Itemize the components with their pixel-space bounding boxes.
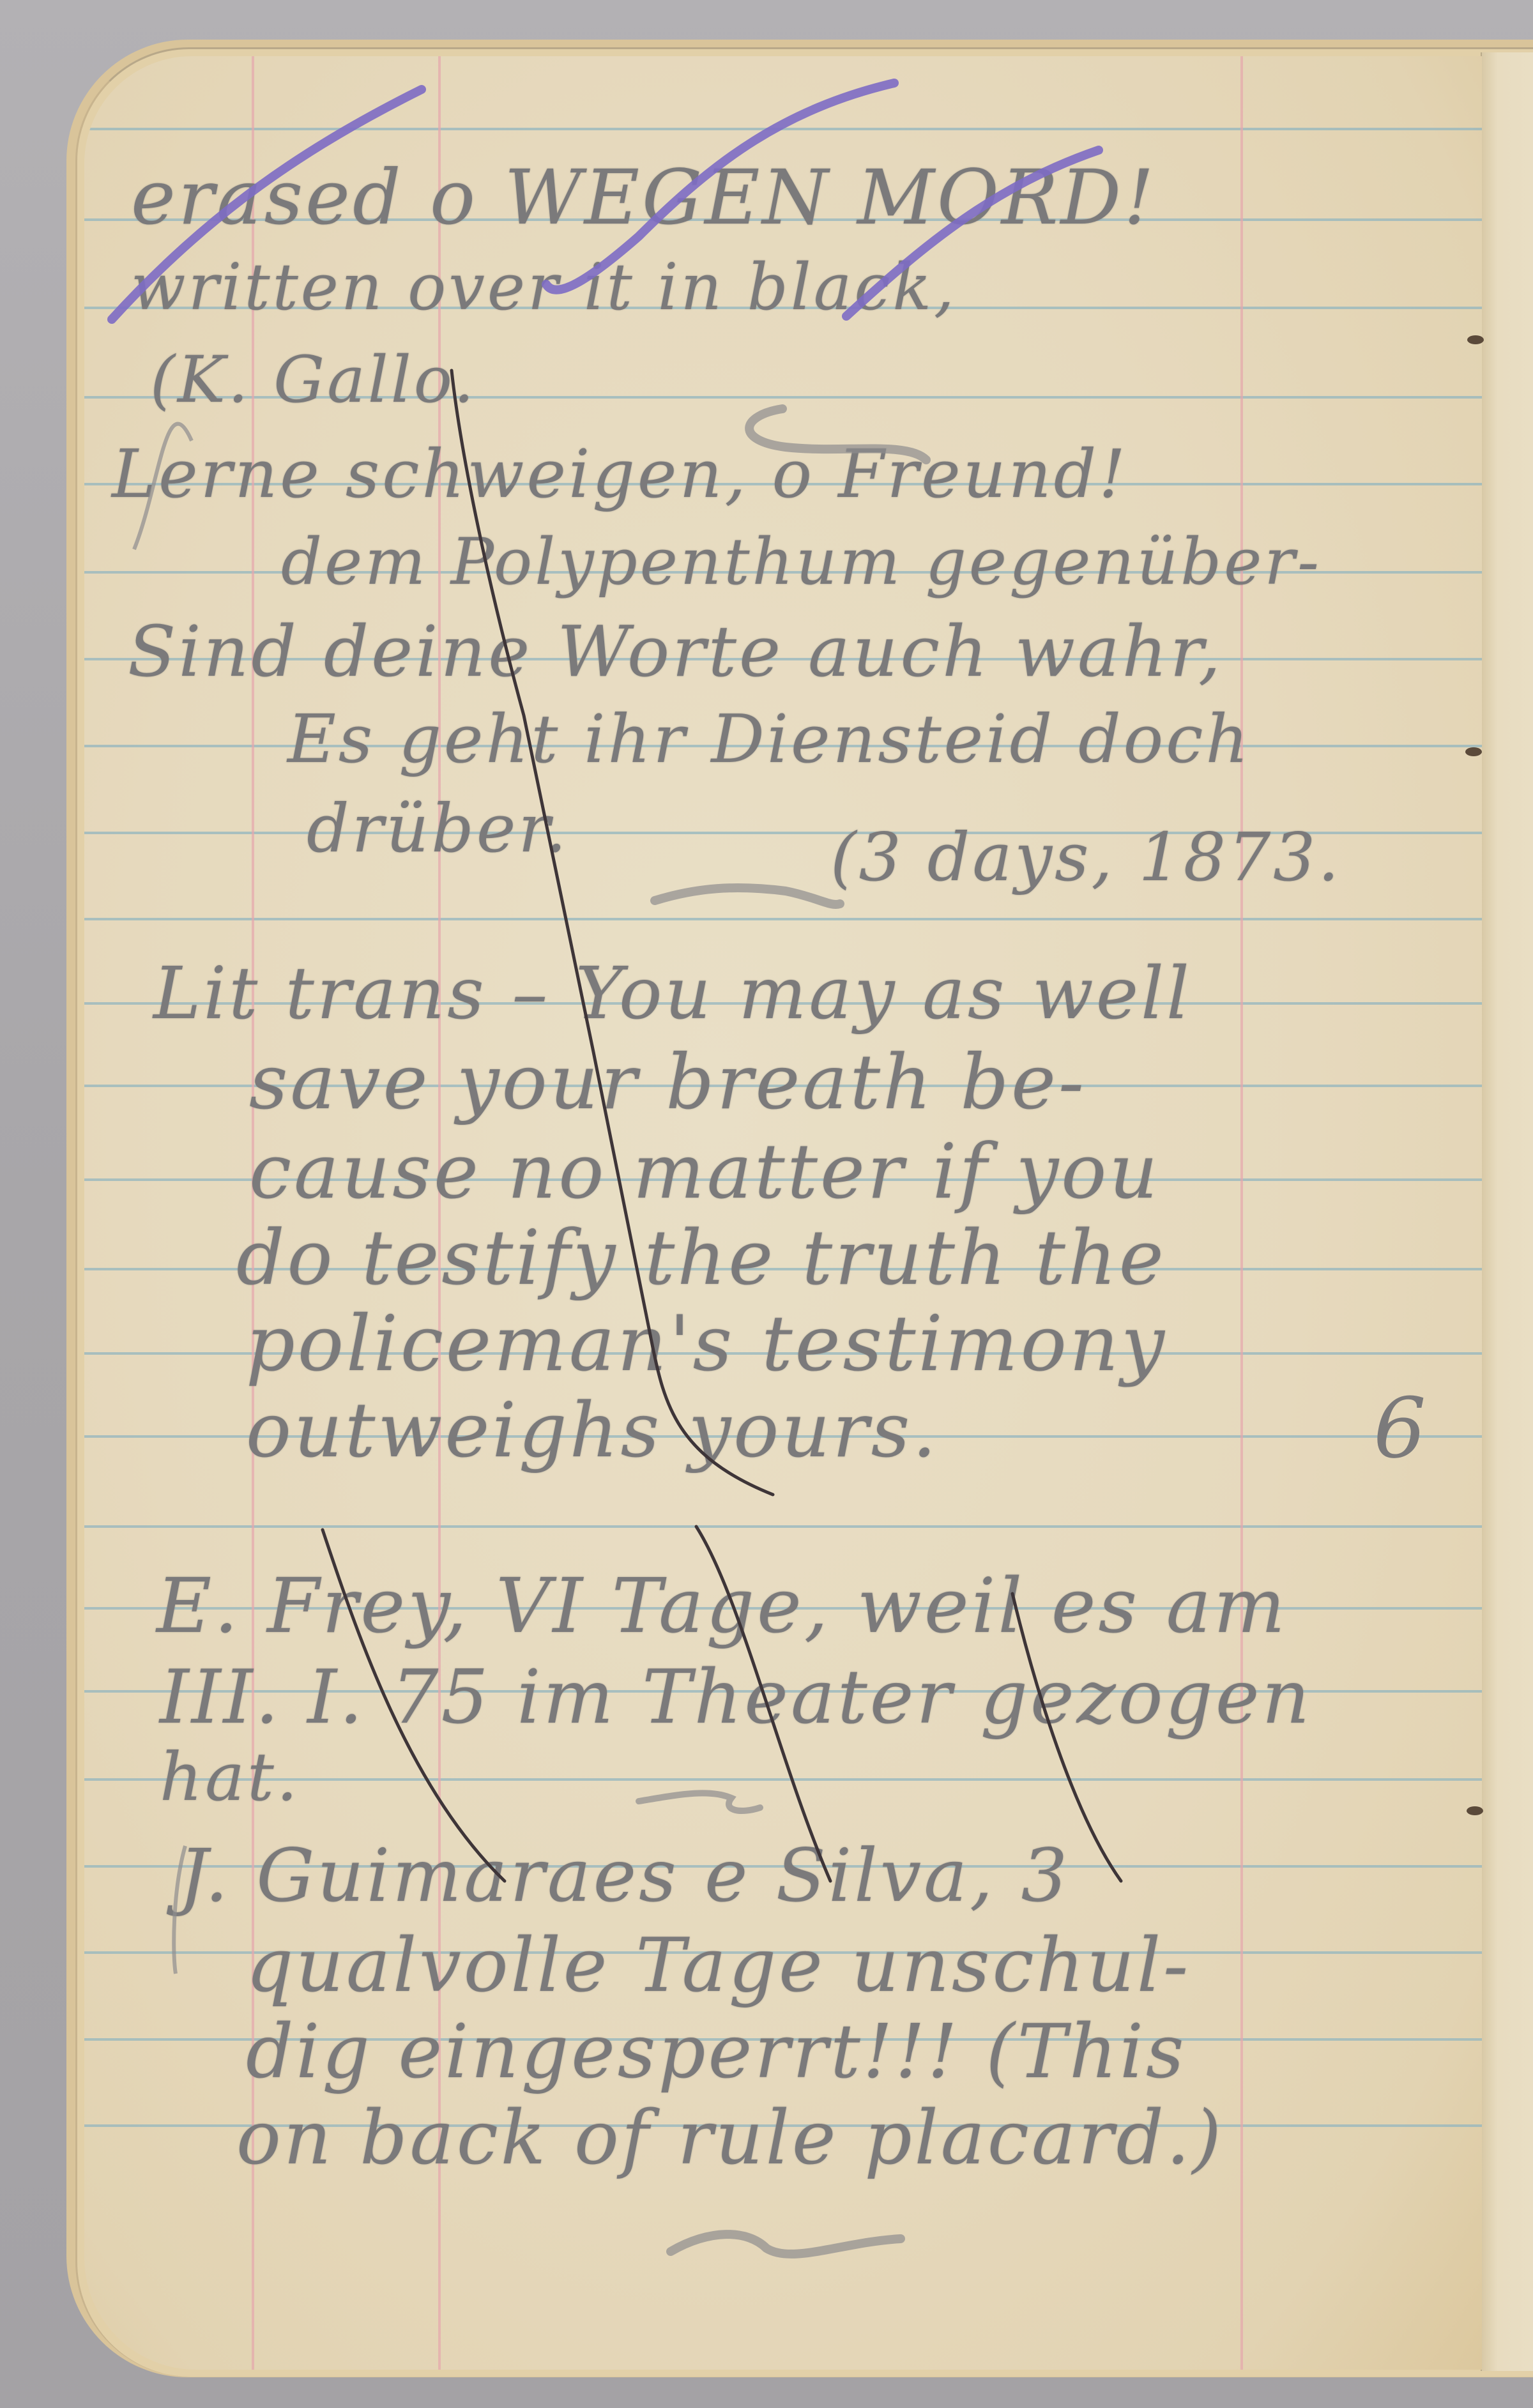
handwritten-line: save your breath be- <box>249 1044 1087 1120</box>
handwritten-line: cause no matter if you <box>249 1134 1160 1209</box>
handwritten-line: E. Frey, VI Tage, weil es am <box>156 1568 1288 1643</box>
handwritten-line: written over it in black, <box>131 255 957 319</box>
handwritten-line: (K. Gallo. <box>150 348 477 412</box>
handwritten-line: Sind deine Worte auch wahr, <box>128 616 1223 687</box>
binding-hole <box>1465 747 1482 756</box>
handwritten-line: erased o WEGEN MORD! <box>131 160 1157 235</box>
handwritten-line: do testify the truth the <box>236 1220 1166 1295</box>
handwritten-line: Es geht ihr Diensteid doch <box>287 706 1251 772</box>
binding-hole <box>1467 1806 1483 1815</box>
binding-hole <box>1467 335 1484 344</box>
handwritten-line: hat. <box>160 1744 300 1810</box>
handwritten-line: Lit trans – You may as well <box>153 958 1192 1030</box>
handwritten-line: dem Polypenthum gegenüber- <box>281 530 1322 594</box>
handwritten-line: qualvolle Tage unschul- <box>246 1929 1191 2003</box>
handwritten-line: policeman's testimony <box>246 1306 1167 1383</box>
date-note: (3 days, 1873. <box>830 824 1341 890</box>
ruled-line <box>84 1525 1482 1528</box>
handwritten-line: J. Guimaraes e Silva, 3 <box>179 1840 1070 1912</box>
ruled-line <box>84 128 1482 130</box>
handwritten-line: on back of rule placard.) <box>236 2101 1224 2176</box>
page-number: 6 <box>1373 1380 1426 1477</box>
margin-line-far <box>1240 56 1243 2370</box>
ruled-line <box>84 918 1482 920</box>
handwritten-line: dig eingesperrt!!! (This <box>246 2015 1186 2089</box>
handwritten-line: Lerne schweigen, o Freund! <box>112 441 1128 507</box>
facing-page-edge <box>1481 52 1533 2371</box>
handwritten-line: drüber. <box>307 795 569 862</box>
handwritten-line: outweighs yours. <box>246 1392 939 1468</box>
handwritten-line: III. I. 75 im Theater gezogen <box>160 1661 1312 1735</box>
